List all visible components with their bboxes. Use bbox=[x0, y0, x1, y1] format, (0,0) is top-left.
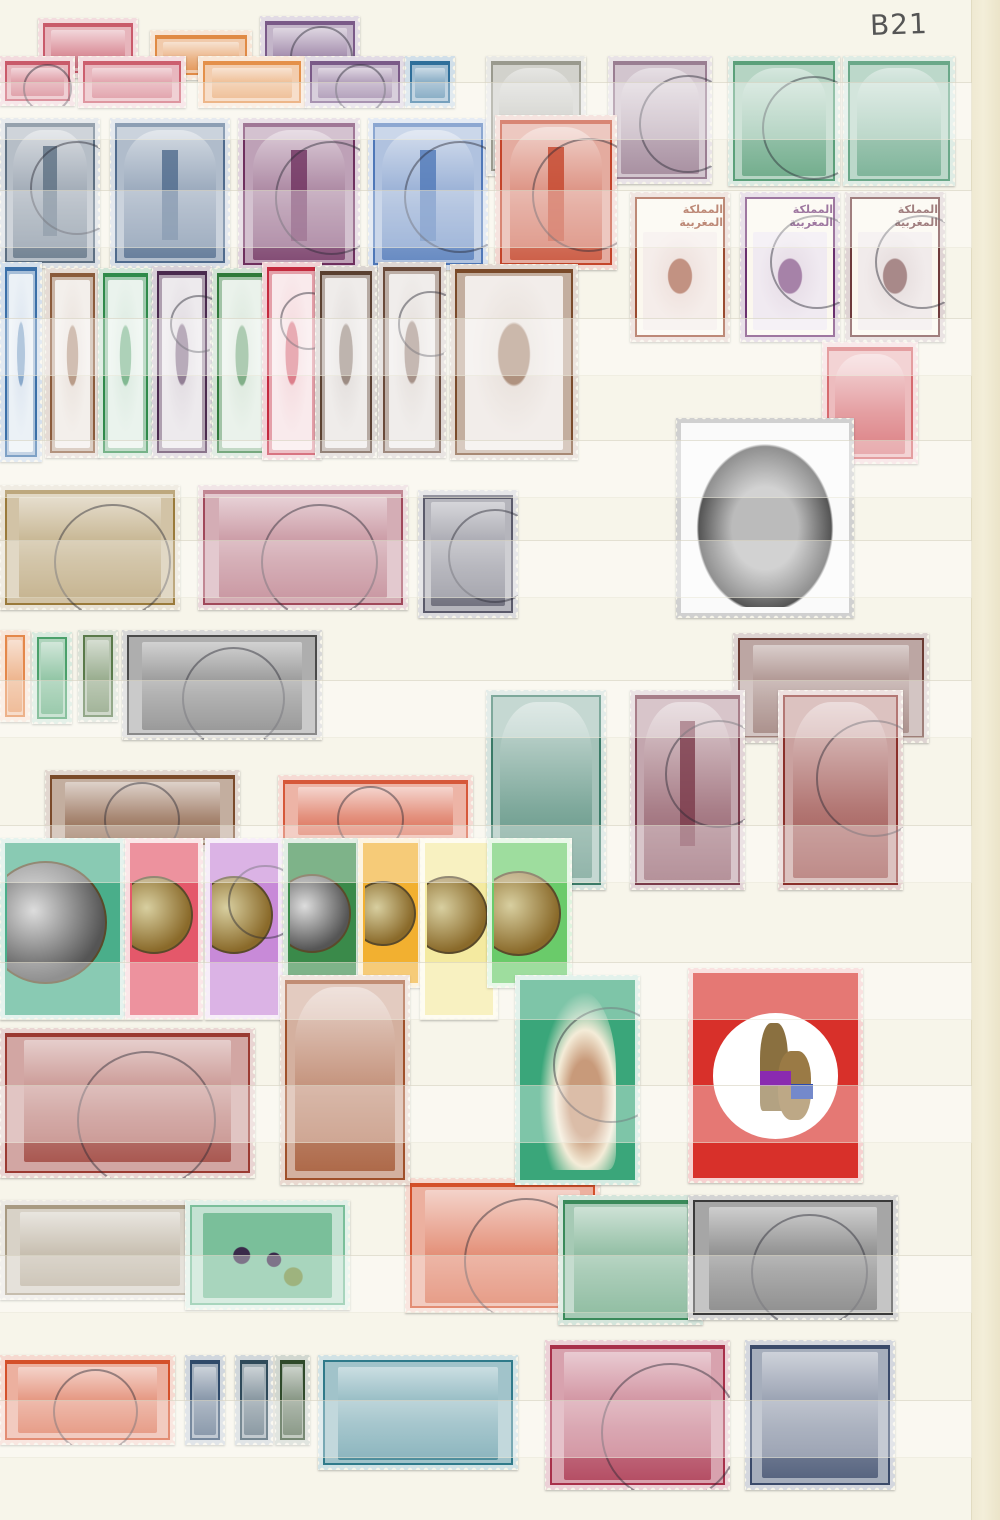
stamp[interactable] bbox=[262, 262, 322, 460]
stamp[interactable] bbox=[778, 690, 903, 890]
stamp-overprint-text bbox=[205, 542, 401, 544]
stamp-illustration bbox=[41, 642, 63, 714]
stamp-design bbox=[550, 1345, 725, 1485]
stamp-country bbox=[322, 273, 370, 275]
stamp-illustration bbox=[389, 274, 435, 448]
stamp-country bbox=[850, 63, 948, 65]
stamp-illustration bbox=[283, 1367, 301, 1435]
stamp-country bbox=[45, 25, 131, 27]
stamp[interactable] bbox=[0, 56, 75, 106]
stamp-design: المملكة المغربية bbox=[635, 197, 725, 337]
stamp-illustration bbox=[643, 232, 717, 330]
stamp-design bbox=[848, 61, 950, 181]
stamp-country bbox=[267, 23, 353, 25]
stamp-illustration bbox=[709, 1207, 878, 1310]
stamp-country bbox=[312, 63, 398, 65]
stamp[interactable] bbox=[0, 838, 125, 1020]
stamp-country bbox=[205, 63, 299, 65]
stamp-country bbox=[385, 269, 439, 271]
stamp[interactable] bbox=[676, 418, 854, 618]
stamp-design bbox=[157, 271, 207, 453]
stamp-country bbox=[7, 63, 68, 65]
stamp[interactable] bbox=[630, 690, 745, 890]
stamp[interactable] bbox=[185, 1200, 350, 1310]
stamp-country bbox=[282, 1362, 303, 1364]
stamp[interactable] bbox=[688, 1195, 898, 1320]
stamp-illustration bbox=[162, 278, 202, 448]
stamp-design bbox=[217, 273, 267, 453]
stamp[interactable] bbox=[378, 262, 446, 458]
stamp-design bbox=[190, 1360, 220, 1440]
stamp[interactable]: المملكة المغربية bbox=[630, 192, 730, 342]
stamp[interactable] bbox=[110, 118, 230, 268]
coin-image bbox=[130, 876, 193, 954]
purple-trunks bbox=[760, 1071, 790, 1086]
minaret-tower bbox=[420, 150, 436, 241]
stamp[interactable] bbox=[368, 118, 488, 270]
stamp-country bbox=[105, 275, 146, 277]
stamp-design bbox=[693, 973, 858, 1178]
stamp-design bbox=[373, 123, 483, 265]
stamp[interactable] bbox=[0, 1200, 200, 1300]
stamp-country bbox=[117, 125, 223, 127]
stamp-illustration bbox=[194, 1367, 216, 1435]
stamp-illustration bbox=[65, 782, 221, 840]
stamp-country bbox=[752, 1347, 888, 1349]
stamp-design bbox=[410, 61, 450, 103]
stamp-country bbox=[129, 637, 315, 639]
stamp[interactable] bbox=[315, 266, 377, 458]
stamp-illustration bbox=[92, 68, 173, 98]
stamp-country bbox=[615, 63, 705, 65]
stamp-design bbox=[5, 635, 25, 717]
stamp-country bbox=[375, 125, 481, 127]
stamp-country bbox=[325, 1362, 511, 1364]
stamp-country bbox=[205, 492, 401, 494]
coin-image bbox=[425, 876, 488, 954]
coin-image bbox=[288, 874, 351, 952]
stamp[interactable] bbox=[122, 630, 322, 740]
stamp-design bbox=[130, 843, 198, 1015]
stamp-illustration bbox=[142, 642, 302, 730]
stamp-country bbox=[7, 1207, 193, 1209]
stamp-design bbox=[681, 423, 849, 613]
stamp-illustration bbox=[11, 68, 63, 96]
stamp-illustration bbox=[318, 68, 392, 98]
stamp-design bbox=[750, 1345, 890, 1485]
stamp-illustration bbox=[272, 274, 312, 450]
stamp-country bbox=[552, 1347, 723, 1349]
stamp-illustration bbox=[244, 1367, 265, 1435]
stamp-design: المملكة المغربية bbox=[850, 197, 940, 337]
stamp-illustration bbox=[19, 497, 162, 598]
stamp-design bbox=[115, 123, 225, 263]
stamp-design bbox=[280, 1360, 305, 1440]
stamp-illustration bbox=[564, 1352, 711, 1480]
stamp-country bbox=[159, 273, 205, 275]
minaret-tower bbox=[43, 146, 56, 236]
stamp-illustration bbox=[793, 702, 888, 878]
stamp[interactable] bbox=[0, 485, 180, 610]
stamp[interactable] bbox=[78, 630, 118, 722]
stamp[interactable] bbox=[238, 118, 360, 270]
stamp-design bbox=[288, 843, 356, 983]
stamp-design bbox=[5, 267, 37, 457]
stamp-country bbox=[242, 1362, 266, 1364]
stamp-illustration bbox=[24, 1040, 231, 1162]
stamp[interactable] bbox=[205, 838, 283, 1020]
stamp-design bbox=[383, 267, 441, 453]
stamp[interactable] bbox=[558, 1195, 703, 1325]
stamp[interactable] bbox=[745, 1340, 895, 1490]
stamp-country bbox=[493, 63, 579, 65]
stamp-design bbox=[423, 495, 513, 613]
stamp-illustration bbox=[298, 787, 454, 835]
stamp-country bbox=[637, 697, 738, 699]
stamp-design bbox=[243, 123, 355, 265]
stamp-country bbox=[502, 122, 610, 124]
stamp-illustration bbox=[9, 274, 33, 452]
stamp-design bbox=[5, 1360, 170, 1440]
stamp-illustration bbox=[222, 280, 262, 448]
stamp-design bbox=[783, 695, 898, 885]
stamp-country bbox=[493, 697, 599, 699]
stamp[interactable] bbox=[515, 975, 640, 1185]
stamp-design bbox=[733, 61, 835, 181]
stamp-illustration bbox=[325, 278, 366, 448]
stamp-country bbox=[7, 492, 173, 494]
stamp-illustration bbox=[510, 127, 603, 260]
stamp-design bbox=[203, 61, 301, 103]
minaret-tower bbox=[548, 147, 565, 240]
stamp-illustration bbox=[753, 232, 827, 330]
stamp-illustration bbox=[644, 702, 731, 880]
stamp-design bbox=[5, 1033, 250, 1173]
stamp-design bbox=[190, 1205, 345, 1305]
stamp-illustration bbox=[415, 68, 446, 98]
stamp-country bbox=[740, 640, 922, 642]
stamp-design bbox=[103, 273, 148, 453]
stamp-illustration bbox=[574, 1207, 687, 1313]
coin-image bbox=[492, 871, 561, 956]
stamp-illustration bbox=[338, 1367, 498, 1460]
stamp-illustration bbox=[87, 640, 109, 712]
stamp[interactable] bbox=[78, 56, 186, 108]
stamp-design bbox=[50, 273, 95, 453]
stamp-illustration bbox=[13, 130, 87, 258]
stamp-design bbox=[425, 843, 493, 1015]
stamp-illustration bbox=[858, 232, 932, 330]
stamp-design bbox=[520, 980, 635, 1180]
minaret-tower bbox=[162, 150, 178, 240]
stamp-design bbox=[83, 635, 113, 717]
stamp-illustration bbox=[295, 987, 395, 1171]
stamp-arabic-title: المملكة المغربية bbox=[637, 199, 723, 229]
stamp-country bbox=[735, 63, 833, 65]
stamp-design bbox=[563, 1200, 698, 1320]
stamp-design bbox=[5, 123, 95, 263]
stamp-illustration bbox=[8, 640, 22, 712]
wrestlers-illustration bbox=[713, 1013, 839, 1139]
album-spine bbox=[971, 0, 1000, 1520]
stamp-country bbox=[269, 269, 315, 271]
stamp-illustration bbox=[20, 1212, 180, 1286]
stamp-illustration bbox=[108, 280, 143, 448]
stamp-illustration bbox=[431, 502, 505, 606]
stamp-illustration bbox=[212, 68, 293, 98]
stamp-design bbox=[83, 61, 181, 103]
stamp-country bbox=[287, 982, 403, 984]
stamp-country bbox=[785, 697, 896, 699]
stamp-design bbox=[267, 267, 317, 455]
stamp-design bbox=[320, 271, 372, 453]
stamp-design bbox=[323, 1360, 513, 1465]
stamp-country bbox=[219, 275, 265, 277]
stamp-design bbox=[5, 1205, 195, 1295]
stamp-country bbox=[245, 125, 353, 127]
stamp[interactable] bbox=[0, 262, 42, 462]
stamp-country bbox=[7, 125, 93, 127]
stamp-design bbox=[283, 780, 468, 840]
stamp-arabic-title: المملكة المغربية bbox=[852, 199, 938, 229]
stamp[interactable] bbox=[495, 115, 617, 270]
stamp[interactable] bbox=[152, 266, 212, 458]
stamp[interactable] bbox=[0, 630, 30, 722]
stamp-illustration bbox=[621, 68, 698, 174]
stamp-country bbox=[7, 1035, 248, 1037]
stamp[interactable] bbox=[305, 56, 405, 108]
stamp-arabic-title: المملكة المغربية bbox=[747, 199, 833, 229]
stamp-illustration bbox=[219, 497, 388, 598]
stamp[interactable] bbox=[0, 118, 100, 268]
stamp-design bbox=[455, 269, 573, 455]
minaret-tower bbox=[680, 721, 696, 846]
stamp-design bbox=[37, 637, 67, 719]
stamp[interactable] bbox=[405, 56, 455, 108]
stamp[interactable] bbox=[608, 56, 712, 184]
stamp-design bbox=[613, 61, 707, 179]
stamp-country bbox=[7, 1362, 168, 1364]
stamp-design bbox=[693, 1200, 893, 1315]
portrait-hassan-ii bbox=[539, 991, 617, 1170]
stamp-design bbox=[240, 1360, 268, 1440]
stamp[interactable] bbox=[0, 1355, 175, 1445]
stamp-illustration bbox=[55, 280, 90, 448]
stamp-design bbox=[203, 490, 403, 605]
stamp-illustration bbox=[382, 130, 473, 260]
stamp[interactable] bbox=[235, 1355, 273, 1445]
stamp[interactable] bbox=[843, 56, 955, 186]
stamp-country bbox=[829, 349, 911, 351]
stamp[interactable] bbox=[450, 264, 578, 460]
stamp[interactable] bbox=[185, 1355, 225, 1445]
stamp-design bbox=[50, 775, 235, 845]
stamp[interactable] bbox=[0, 1028, 255, 1178]
stamp-design bbox=[285, 980, 405, 1180]
stamp-country bbox=[412, 1185, 593, 1187]
stamp[interactable] bbox=[32, 632, 72, 724]
stamp-country bbox=[157, 37, 245, 39]
album-page: B21 المملكة المغربيةالمملكة المغربيةالمم… bbox=[0, 0, 1000, 1520]
coin-image bbox=[5, 861, 107, 984]
stamp-illustration bbox=[203, 1213, 333, 1298]
stamp-design bbox=[5, 490, 175, 605]
stamp-design bbox=[5, 843, 120, 1015]
minaret-tower bbox=[291, 150, 308, 241]
stamp-illustration bbox=[253, 130, 346, 260]
stamp-illustration bbox=[762, 1352, 879, 1478]
stamp-country bbox=[7, 269, 35, 271]
stamp-illustration bbox=[124, 130, 215, 258]
stamp-illustration bbox=[742, 68, 826, 176]
stamp[interactable] bbox=[198, 485, 408, 610]
stamp-country bbox=[457, 271, 571, 273]
stamp[interactable] bbox=[198, 56, 306, 108]
stamp-design bbox=[310, 61, 400, 103]
stamp[interactable]: المملكة المغربية bbox=[845, 192, 945, 342]
stamp-country bbox=[695, 1202, 891, 1204]
stamp-design bbox=[500, 120, 612, 265]
stamp[interactable] bbox=[278, 775, 473, 845]
stamp-illustration bbox=[465, 276, 563, 450]
stamp[interactable] bbox=[45, 268, 100, 458]
stamp[interactable]: المملكة المغربية bbox=[740, 192, 840, 342]
stamp[interactable] bbox=[688, 968, 863, 1183]
stamp-design bbox=[492, 843, 567, 983]
stamp-country bbox=[285, 782, 466, 784]
stamp-design: المملكة المغربية bbox=[745, 197, 835, 337]
stamp-country bbox=[52, 275, 93, 277]
stamp[interactable] bbox=[728, 56, 840, 186]
stamp[interactable] bbox=[487, 838, 572, 988]
stamp-illustration bbox=[18, 1367, 156, 1433]
stamp-country bbox=[52, 777, 233, 779]
stamp-design bbox=[635, 695, 740, 885]
stamp[interactable] bbox=[318, 1355, 518, 1470]
stamp-design bbox=[363, 843, 418, 983]
stamp-illustration bbox=[857, 68, 941, 176]
stamp[interactable] bbox=[418, 490, 518, 618]
portrait-area bbox=[683, 428, 847, 611]
stamp[interactable] bbox=[125, 838, 203, 1020]
stamp-illustration bbox=[425, 1190, 581, 1303]
stamp[interactable] bbox=[283, 838, 361, 988]
stamp[interactable] bbox=[280, 975, 410, 1185]
stamp-design bbox=[210, 843, 278, 1015]
stamp[interactable] bbox=[358, 838, 423, 988]
blue-trunks bbox=[791, 1084, 814, 1099]
stamp-country bbox=[425, 497, 511, 499]
stamp[interactable] bbox=[545, 1340, 730, 1490]
stamp[interactable] bbox=[275, 1355, 310, 1445]
stamp-country bbox=[85, 63, 179, 65]
stamp-country bbox=[565, 1202, 696, 1204]
stamp-country bbox=[192, 1362, 218, 1364]
page-annotation: B21 bbox=[869, 7, 928, 42]
stamp-design bbox=[127, 635, 317, 735]
stamp[interactable] bbox=[98, 268, 153, 458]
portrait-ibn-khaldoun bbox=[687, 432, 843, 607]
coin-image bbox=[363, 881, 416, 947]
stamp-design bbox=[5, 61, 70, 101]
coin-image bbox=[210, 876, 273, 954]
stamp-country bbox=[412, 63, 448, 65]
